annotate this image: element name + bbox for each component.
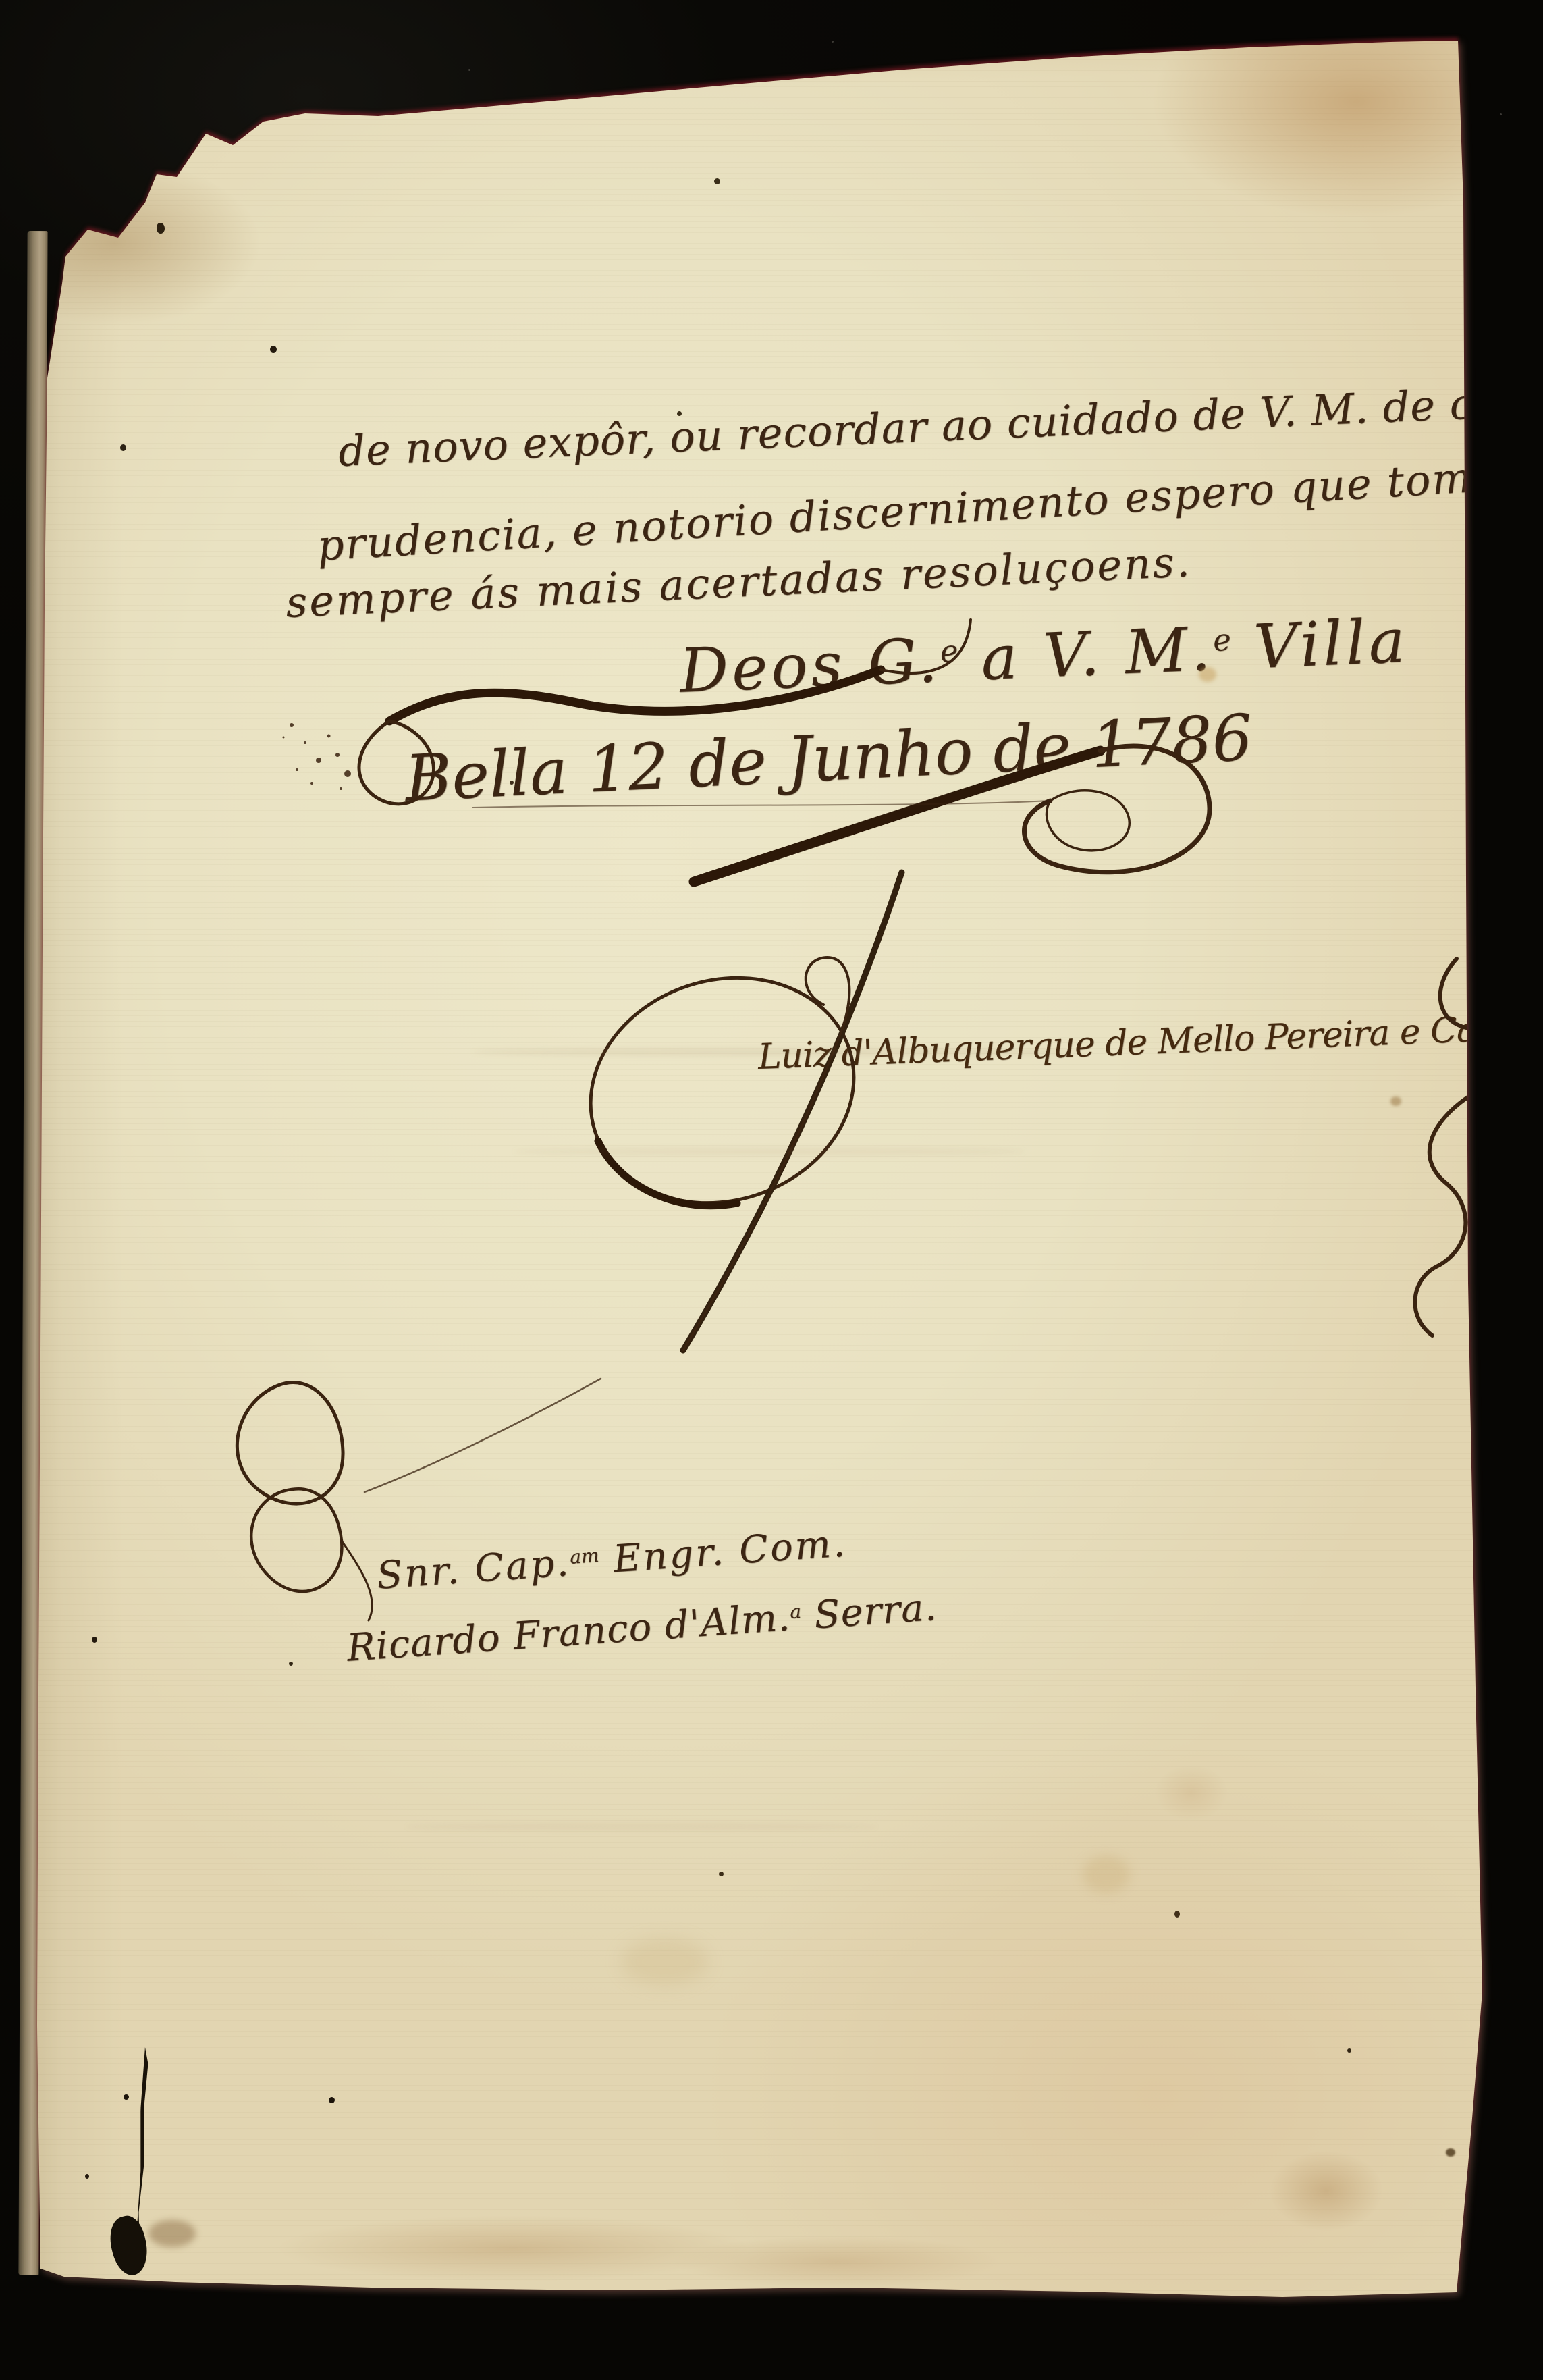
foxing-dot — [714, 178, 720, 184]
flourish-underline-swash — [389, 670, 881, 721]
flourish-date-hairline — [472, 801, 1050, 808]
foxing-dot — [329, 2097, 335, 2103]
foxing-dot — [1347, 2048, 1351, 2053]
showthrough-mark — [513, 1148, 1026, 1155]
stain-spot — [148, 2220, 196, 2247]
flourish-date-inner-loop — [1046, 791, 1129, 851]
signature-hook — [806, 957, 850, 1029]
foxing-dot — [120, 444, 126, 451]
foxing-dot — [270, 346, 277, 353]
showthrough-mark — [472, 1048, 1080, 1056]
foxing-dot — [1174, 1911, 1180, 1918]
signature-descender-return — [683, 1029, 842, 1350]
foxing-dot — [124, 2094, 129, 2100]
stain-spot — [1390, 1096, 1401, 1106]
signature-descender — [683, 872, 902, 1350]
flourish-signature-tail — [1415, 959, 1489, 1336]
flourish-date-sweep — [694, 751, 1100, 882]
stain-spot — [621, 1938, 709, 1985]
address-flourish-top-loop — [237, 1383, 343, 1504]
showthrough-mark — [405, 1823, 877, 1830]
foxing-dot — [510, 781, 514, 785]
manuscript-page: de novo expôr, ou recordar ao cuidado de… — [0, 0, 1543, 2380]
foxing-dot — [289, 1662, 293, 1666]
foxing-dot — [677, 411, 682, 416]
address-flourish-tail — [342, 1541, 372, 1620]
foxing-dot — [85, 2174, 89, 2179]
ink-flourishes — [0, 0, 1543, 2380]
flourish-swash-leadin — [881, 620, 971, 673]
signature-paraph-oval — [561, 945, 883, 1236]
photographed-manuscript: { "manuscript": { "body_lines": [ "de no… — [0, 0, 1543, 2380]
paper-wrapper: de novo expôr, ou recordar ao cuidado de… — [0, 0, 1543, 2380]
flourish-swash-curl — [359, 721, 434, 804]
stain-spot — [1446, 2148, 1455, 2157]
ink-spatter — [283, 723, 352, 790]
foxing-dot — [92, 1637, 97, 1643]
foxing-dot — [157, 223, 165, 234]
foxing-dot — [719, 1872, 724, 1876]
address-flourish-ligature — [364, 1379, 601, 1492]
stain-spot — [1083, 1855, 1130, 1893]
stain-spot — [1199, 667, 1216, 682]
